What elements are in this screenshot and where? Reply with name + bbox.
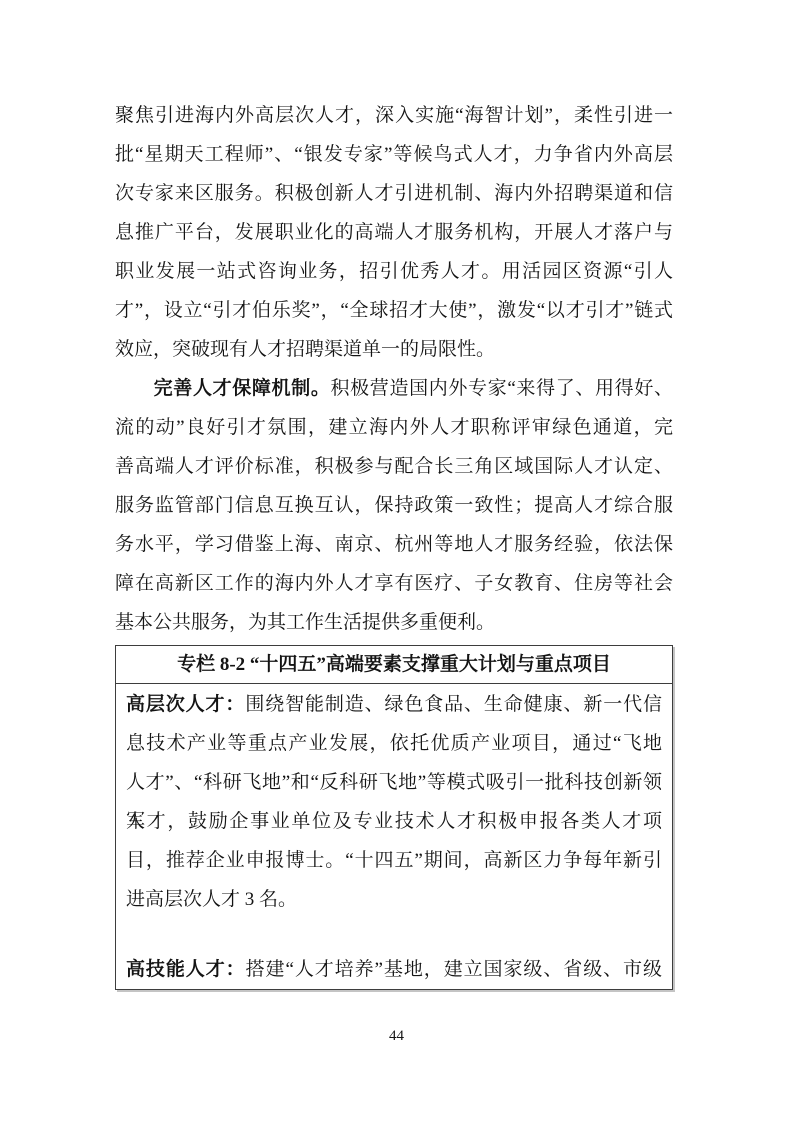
text-line: 障在高新区工作的海内外人才享有医疗、子女教育、住房等社会 <box>115 564 673 603</box>
callout-section-high-level-talent: 高层次人才：围绕智能制造、绿色食品、生命健康、新一代信息技术产业等重点产业发展，… <box>126 685 662 919</box>
text-line: 目，推荐企业申报博士。“十四五”期间，高新区力争每年新引 <box>126 841 662 880</box>
text-line: 息推广平台，发展职业化的高端人才服务机构，开展人才落户与 <box>115 213 673 252</box>
text-line: 进高层次人才 3 名。 <box>126 880 662 919</box>
text-line: 效应，突破现有人才招聘渠道单一的局限性。 <box>115 330 673 369</box>
paragraph-talent-recruitment: 聚焦引进海内外高层次人才，深入实施“海智计划”，柔性引进一批“星期天工程师”、“… <box>115 96 673 369</box>
callout-section-high-skill-talent: 高技能人才：搭建“人才培养”基地，建立国家级、省级、市级 <box>126 950 662 989</box>
section-bold-label: 高技能人才： <box>126 959 246 980</box>
callout-box-special-column-8-2: 专栏 8-2 “十四五”高端要素支撑重大计划与重点项目 高层次人才：围绕智能制造… <box>115 645 673 990</box>
text-line: 高层次人才：围绕智能制造、绿色食品、生命健康、新一代信 <box>126 685 662 724</box>
text-line: 善高端人才评价标准，积极参与配合长三角区域国际人才认定、 <box>115 447 673 486</box>
text-line: 人才，鼓励企事业单位及专业技术人才积极申报各类人才项 <box>126 802 662 841</box>
callout-box-title: 专栏 8-2 “十四五”高端要素支撑重大计划与重点项目 <box>116 646 672 684</box>
paragraph-bold-lead: 完善人才保障机制。 <box>153 378 331 399</box>
text-line: 批“星期天工程师”、“银发专家”等候鸟式人才，力争省内外高层 <box>115 135 673 174</box>
document-page: 聚焦引进海内外高层次人才，深入实施“海智计划”，柔性引进一批“星期天工程师”、“… <box>0 0 793 1122</box>
paragraph-talent-guarantee: 完善人才保障机制。积极营造国内外专家“来得了、用得好、流的动”良好引才氛围，建立… <box>115 369 673 642</box>
page-number: 44 <box>0 1028 793 1045</box>
text-line: 高技能人才：搭建“人才培养”基地，建立国家级、省级、市级 <box>126 950 662 989</box>
text-line: 服务监管部门信息互换互认，保持政策一致性；提高人才综合服 <box>115 486 673 525</box>
text-line: 息技术产业等重点产业发展，依托优质产业项目，通过“飞地 <box>126 724 662 763</box>
text-line: 才”，设立“引才伯乐奖”，“全球招才大使”，激发“以才引才”链式 <box>115 291 673 330</box>
text-line: 基本公共服务，为其工作生活提供多重便利。 <box>115 603 673 642</box>
section-bold-label: 高层次人才： <box>126 694 245 715</box>
text-line: 次专家来区服务。积极创新人才引进机制、海内外招聘渠道和信 <box>115 174 673 213</box>
text-line: 聚焦引进海内外高层次人才，深入实施“海智计划”，柔性引进一 <box>115 96 673 135</box>
text-line: 务水平，学习借鉴上海、南京、杭州等地人才服务经验，依法保 <box>115 525 673 564</box>
text-line: 完善人才保障机制。积极营造国内外专家“来得了、用得好、 <box>115 369 673 408</box>
main-text-column: 聚焦引进海内外高层次人才，深入实施“海智计划”，柔性引进一批“星期天工程师”、“… <box>115 96 673 642</box>
callout-box-body: 高层次人才：围绕智能制造、绿色食品、生命健康、新一代信息技术产业等重点产业发展，… <box>116 684 672 989</box>
text-line: 流的动”良好引才氛围，建立海内外人才职称评审绿色通道，完 <box>115 408 673 447</box>
text-line: 人才”、“科研飞地”和“反科研飞地”等模式吸引一批科技创新领军 <box>126 763 662 802</box>
text-line: 职业发展一站式咨询业务，招引优秀人才。用活园区资源“引人 <box>115 252 673 291</box>
